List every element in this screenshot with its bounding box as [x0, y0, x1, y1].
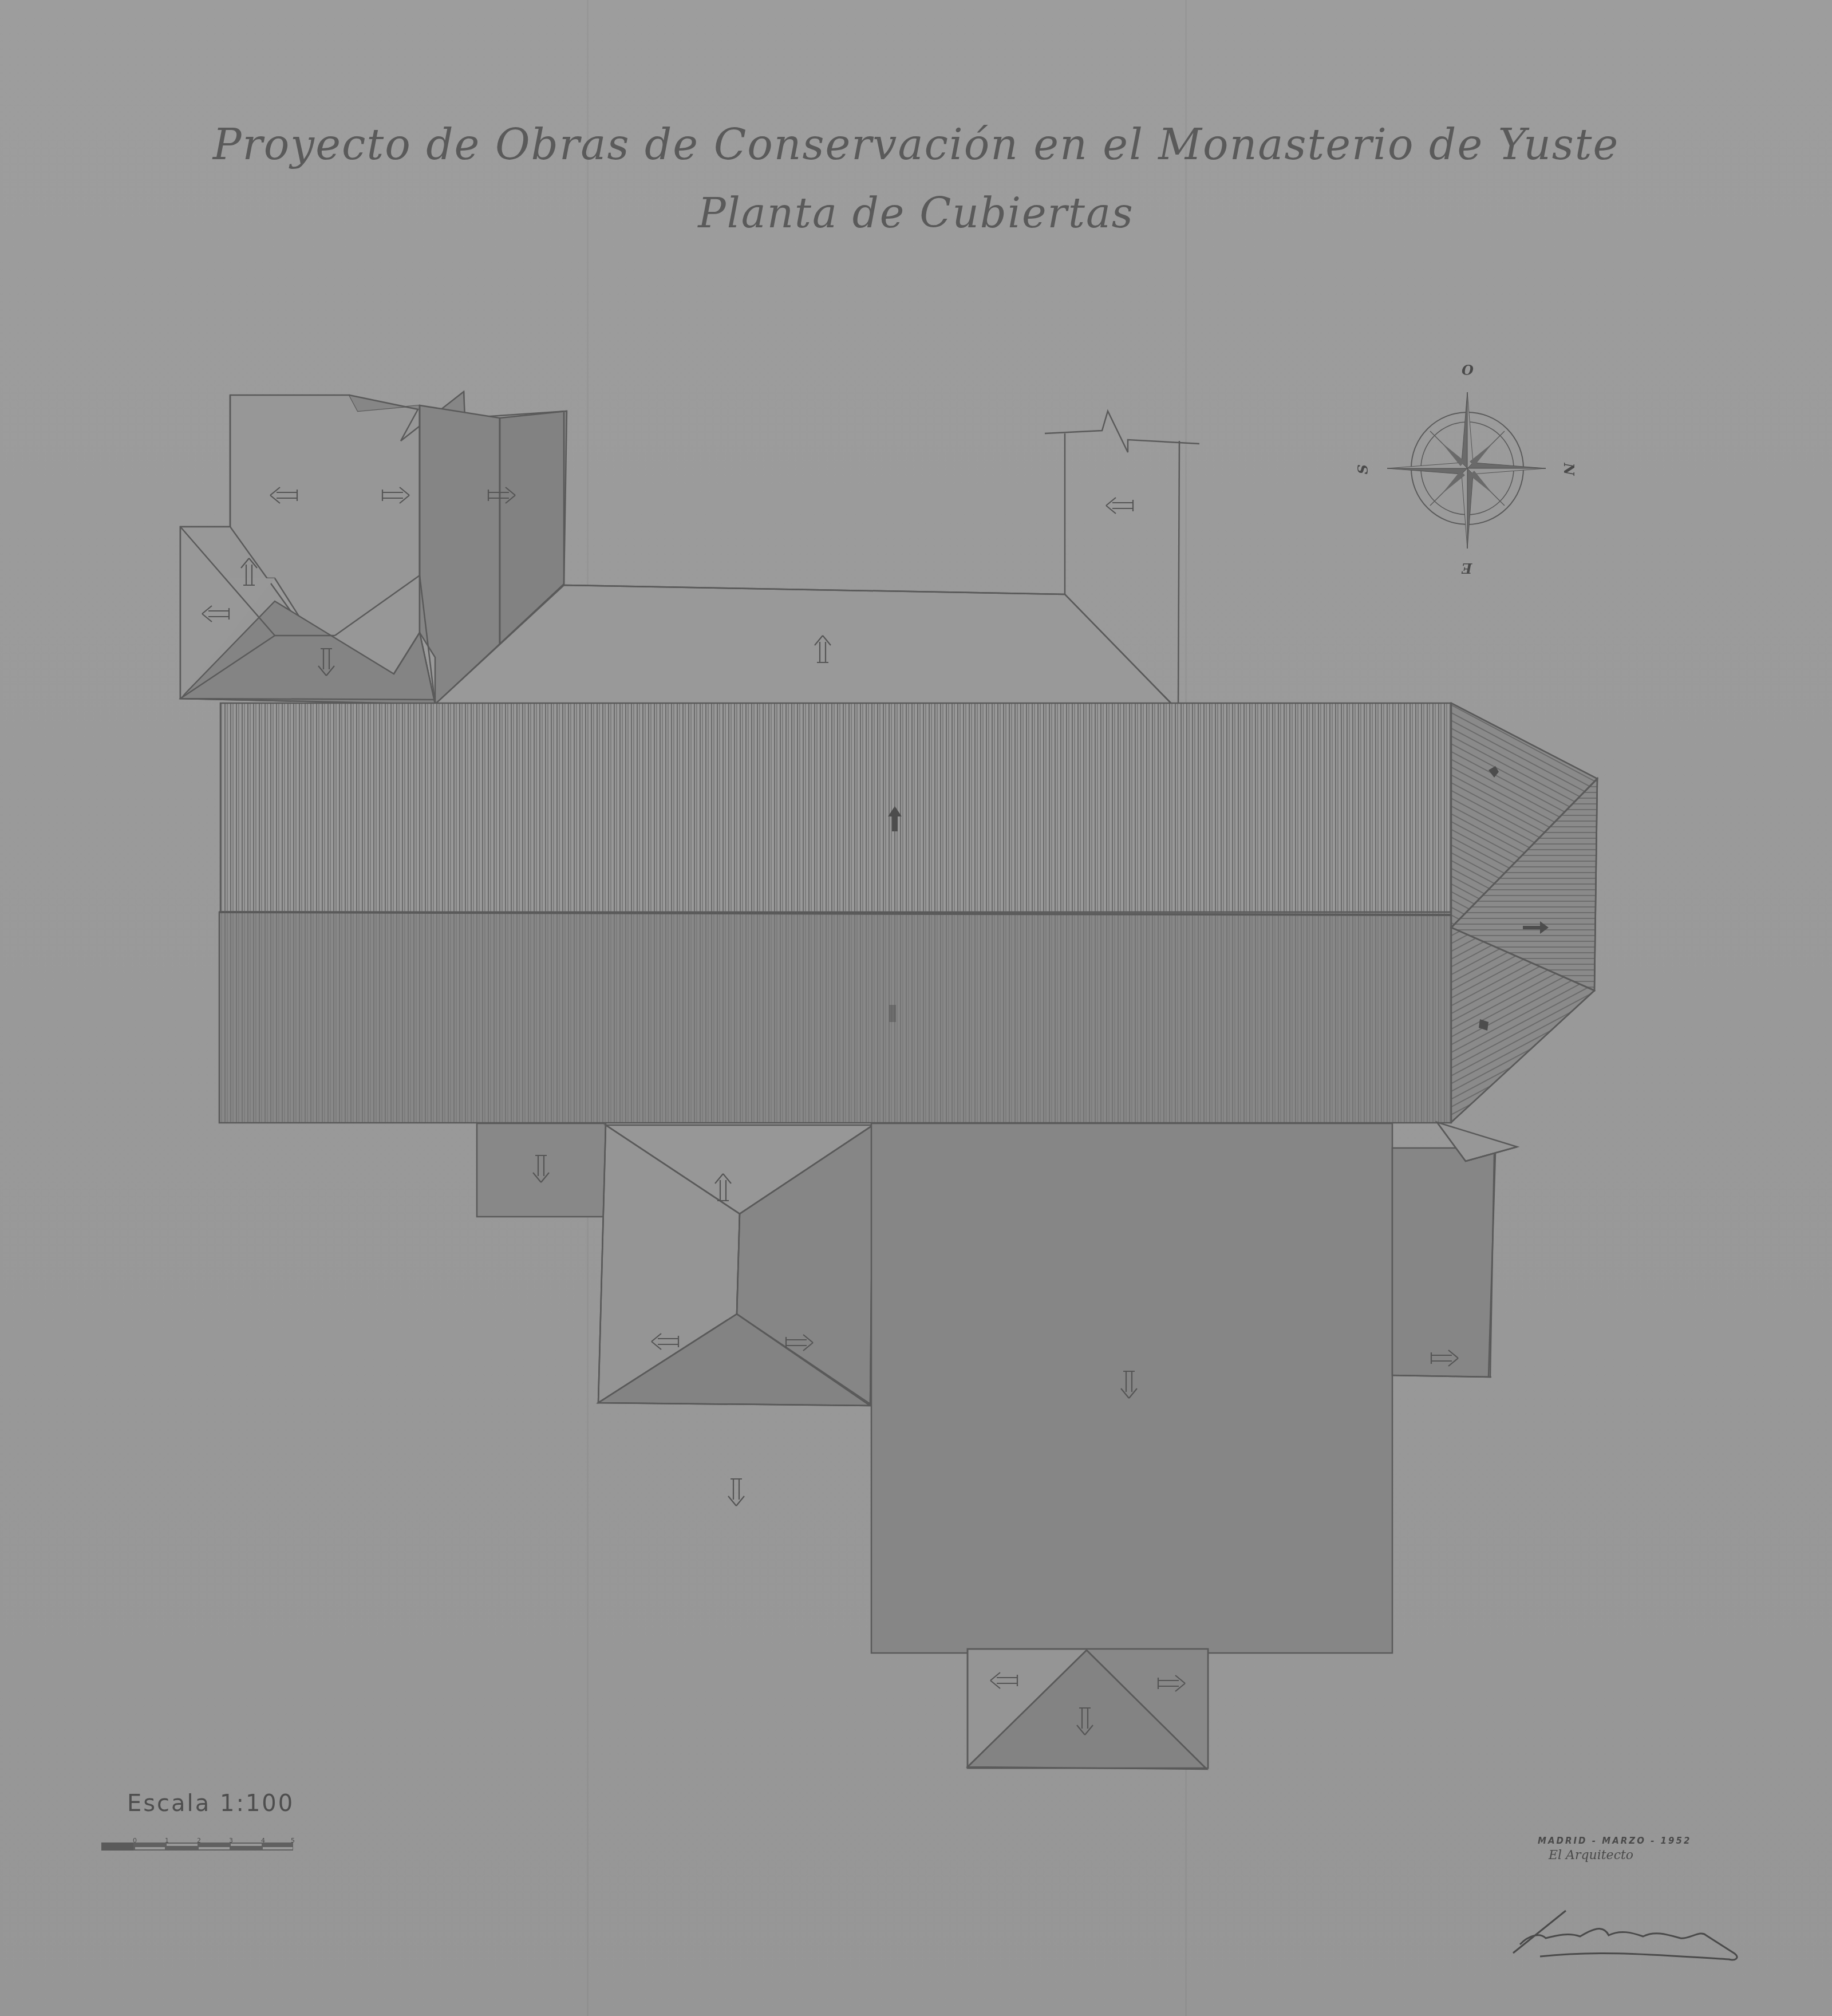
apse	[1451, 703, 1597, 1122]
compass-rose-icon	[1387, 392, 1546, 549]
compass-label-north: N	[1561, 463, 1577, 476]
scale-label: Escala 1:100	[127, 1790, 294, 1817]
north-gallery	[435, 585, 1176, 709]
scale-tick: 2	[197, 1837, 201, 1844]
scale-tick: 5	[291, 1837, 295, 1844]
compass-label-south: S	[1355, 464, 1371, 474]
arrow-down-icon	[728, 1479, 744, 1506]
south-annex-small	[477, 1123, 606, 1217]
scale-tick: 3	[229, 1837, 233, 1844]
architect-signature	[1513, 1911, 1737, 1960]
arrow-left-icon	[1106, 498, 1133, 514]
compass-label-west: O	[1462, 362, 1474, 378]
compass-label-east: E	[1462, 560, 1472, 577]
architect-role: El Arquitecto	[1549, 1848, 1633, 1863]
scale-tick: 4	[261, 1837, 265, 1844]
arrow-down-icon	[889, 1005, 896, 1022]
church-nave	[219, 703, 1451, 1123]
scale-tick: 1	[165, 1837, 169, 1844]
roof-plan	[0, 0, 1832, 2016]
scale-tick: 0	[133, 1837, 137, 1844]
place-and-date: MADRID - MARZO - 1952	[1538, 1836, 1691, 1846]
east-annex	[1392, 1122, 1517, 1377]
hip-roof-block	[598, 1125, 873, 1406]
